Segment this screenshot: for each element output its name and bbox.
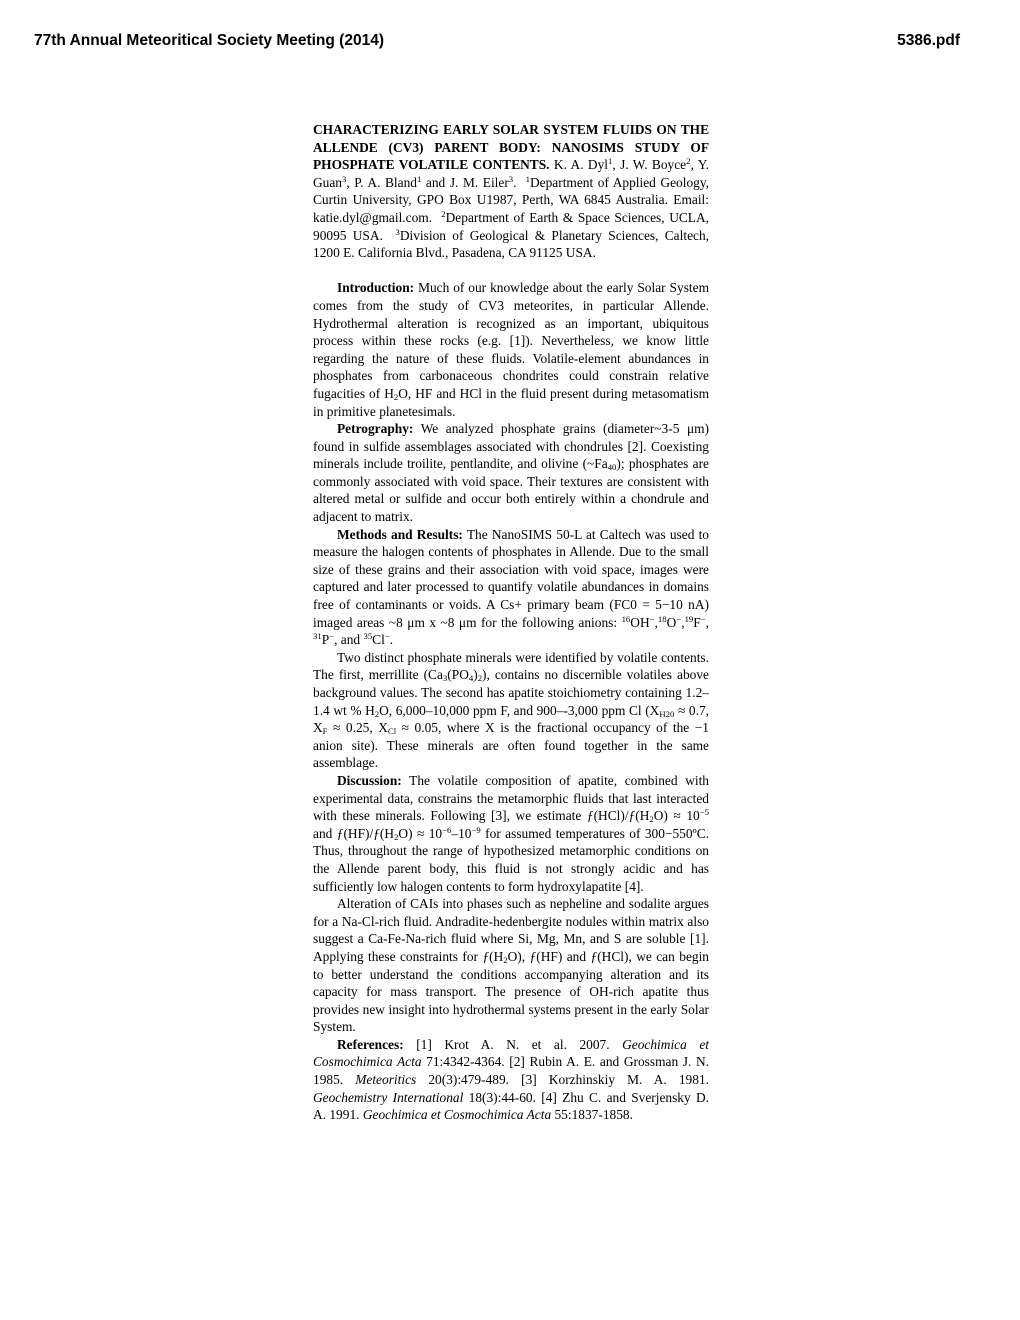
journal-name: Geochemistry International xyxy=(313,1090,463,1105)
ref-text: 71:4342-4364. xyxy=(422,1054,510,1069)
author: J. W. Boyce xyxy=(620,157,686,172)
section-heading: Introduction: xyxy=(337,280,414,295)
body-text: (H xyxy=(489,949,503,964)
discussion-paragraph-2: Alteration of CAIs into phases such as n… xyxy=(313,895,709,1036)
title-block: CHARACTERIZING EARLY SOLAR SYSTEM FLUIDS… xyxy=(313,121,709,262)
section-references: References: [1] Krot A. N. et al. 2007. … xyxy=(313,1036,709,1124)
isotope-mass: 31 xyxy=(313,631,322,641)
exponent: −6 xyxy=(442,825,451,835)
section-discussion: Discussion: The volatile composition of … xyxy=(313,772,709,895)
body-text: and xyxy=(313,826,337,841)
aff-mark: 3 xyxy=(509,174,513,184)
body-text: (H xyxy=(635,808,649,823)
section-heading: References: xyxy=(337,1037,404,1052)
aff-mark: 2 xyxy=(686,156,690,166)
charge: − xyxy=(701,614,706,624)
aff-mark: 3 xyxy=(342,174,346,184)
isotope-mass: 35 xyxy=(363,631,372,641)
author: K. A. Dyl xyxy=(554,157,608,172)
body-text: (PO xyxy=(447,667,469,682)
conference-title: 77th Annual Meteoritical Society Meeting… xyxy=(34,32,384,50)
body-text: (H xyxy=(380,826,394,841)
section-heading: Methods and Results: xyxy=(337,527,463,542)
fugacity-symbol: ƒ xyxy=(373,826,380,841)
isotope-mass: 19 xyxy=(685,614,694,624)
ref-text: 55:1837-1858. xyxy=(551,1107,633,1122)
section-petrography: Petrography: We analyzed phosphate grain… xyxy=(313,420,709,526)
author: J. M. Eiler xyxy=(450,175,509,190)
methods-paragraph-2: Two distinct phosphate minerals were ide… xyxy=(313,649,709,772)
author: P. A. Bland xyxy=(354,175,417,190)
file-name: 5386.pdf xyxy=(897,32,960,50)
section-heading: Discussion: xyxy=(337,773,402,788)
subscript: H20 xyxy=(659,709,674,719)
charge: − xyxy=(676,614,681,624)
ref-text: 20(3):479-489. xyxy=(416,1072,521,1087)
ref-text: [1] Krot A. N. et al. 2007. xyxy=(416,1037,622,1052)
anion: O xyxy=(667,615,677,630)
body-text: ≈ 0.25, X xyxy=(328,720,388,735)
section-methods: Methods and Results: The NanoSIMS 50-L a… xyxy=(313,526,709,649)
body-text: O), xyxy=(508,949,530,964)
aff-mark: 1 xyxy=(608,156,612,166)
journal-name: Geochimica et Cosmochimica Acta xyxy=(363,1107,551,1122)
section-introduction: Introduction: Much of our knowledge abou… xyxy=(313,279,709,420)
isotope-mass: 16 xyxy=(622,614,631,624)
journal-name: Meteoritics xyxy=(355,1072,416,1087)
body-text: O) ≈ 10 xyxy=(398,826,442,841)
page-header: 77th Annual Meteoritical Society Meeting… xyxy=(34,32,960,56)
ref-text: 18(3):44-60. xyxy=(463,1090,541,1105)
isotope-mass: 18 xyxy=(658,614,667,624)
body-text: O) ≈ 10 xyxy=(654,808,700,823)
subscript: Cl xyxy=(388,726,396,736)
body-text: O, 6,000–10,000 ppm F, and 900–-3,000 pp… xyxy=(379,703,659,718)
charge: − xyxy=(385,631,390,641)
anion: Cl xyxy=(372,632,385,647)
charge: − xyxy=(650,614,655,624)
section-heading: Petrography: xyxy=(337,421,413,436)
anion: F xyxy=(693,615,700,630)
charge: − xyxy=(329,631,334,641)
body-text: (HF)/ xyxy=(343,826,373,841)
fugacity-symbol: ƒ xyxy=(587,808,594,823)
aff-mark: 1 xyxy=(417,174,421,184)
body-text: (HF) and xyxy=(536,949,590,964)
ref-text: [3] Korzhinskiy M. A. 1981. xyxy=(521,1072,709,1087)
abstract-column: CHARACTERIZING EARLY SOLAR SYSTEM FLUIDS… xyxy=(313,121,709,1124)
body-text: –10 xyxy=(451,826,471,841)
exponent: −9 xyxy=(471,825,480,835)
anion: OH xyxy=(630,615,649,630)
body-text: (HCl)/ xyxy=(594,808,629,823)
exponent: −5 xyxy=(700,807,709,817)
body-text: Much of our knowledge about the early So… xyxy=(313,280,709,401)
